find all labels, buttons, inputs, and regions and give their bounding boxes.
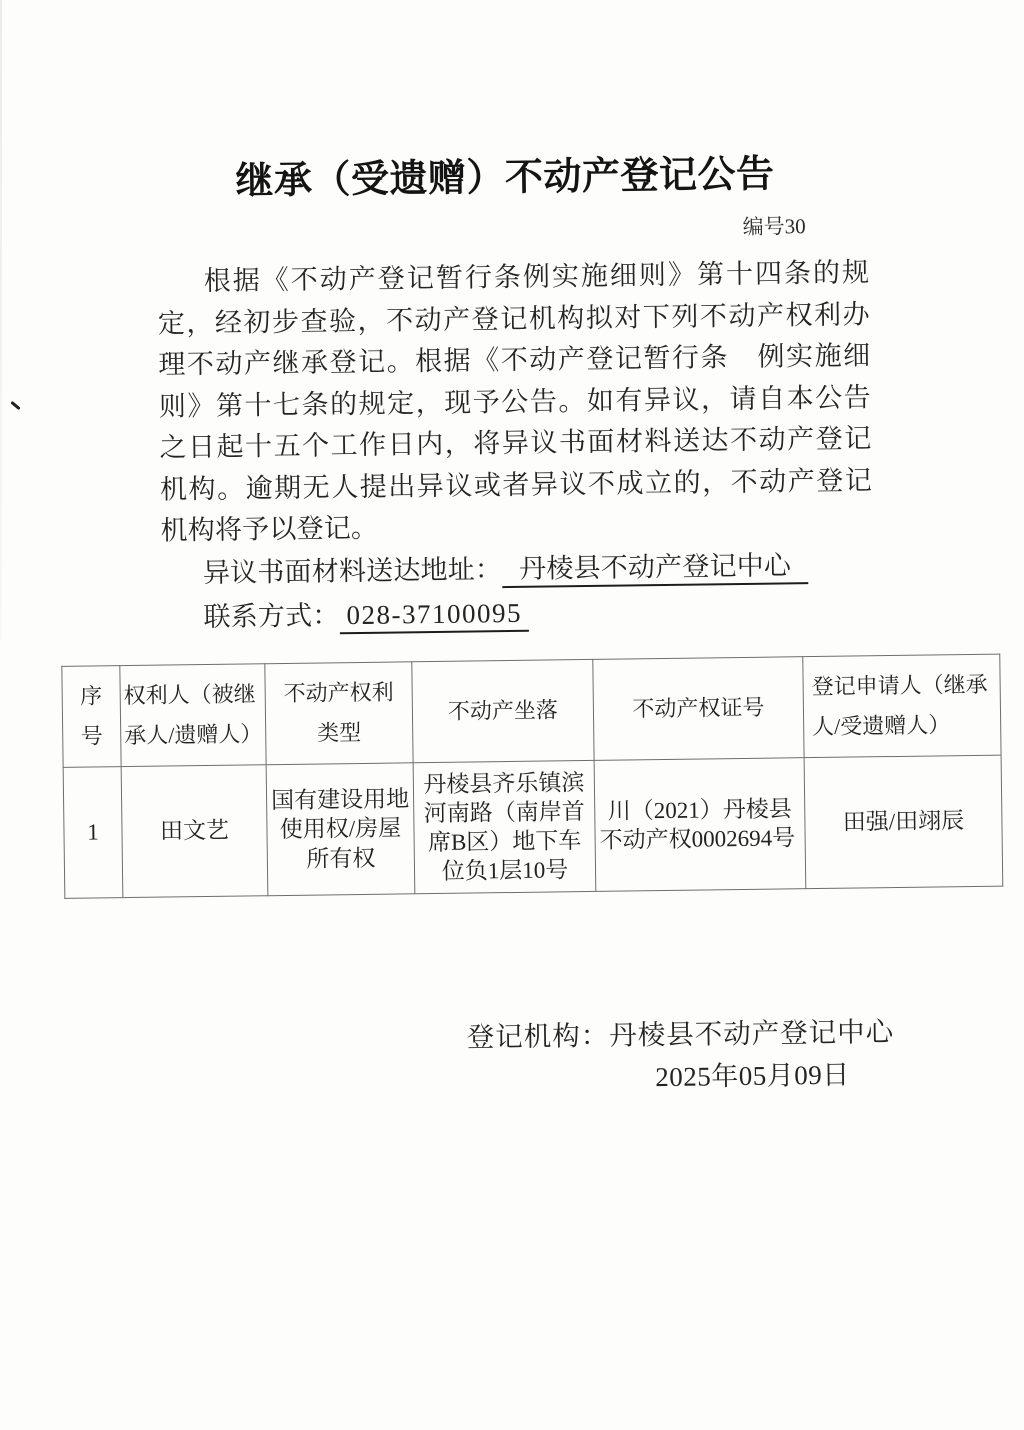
cell-location: 丹棱县齐乐镇滨河南路（南岸首席B区）地下车位负1层10号 xyxy=(413,760,596,893)
contact-line: 联系方式：028-37100095 xyxy=(161,588,873,639)
address-label: 异议书面材料送达地址： xyxy=(203,554,503,588)
page-title: 继承（受遗赠）不动产登记公告 xyxy=(0,139,1017,207)
footer-registration-org: 登记机构：丹棱县不动产登记中心 xyxy=(466,1009,894,1055)
header-cert-no: 不动产权证号 xyxy=(593,657,804,761)
address-line: 异议书面材料送达地址：丹棱县不动产登记中心 xyxy=(161,544,873,595)
contact-value: 028-37100095 xyxy=(339,598,529,634)
header-seq: 序号 xyxy=(62,666,121,768)
body-paragraph: 根据《不动产登记暂行条例实施细则》第十四条的规 定，经初步查验，不动产登记机构拟… xyxy=(157,252,874,639)
footer-date: 2025年05月09日 xyxy=(655,1053,850,1095)
header-applicant: 登记申请人（继承人/受遗赠人） xyxy=(803,654,1001,758)
cell-cert-no: 川（2021）丹棱县不动产权0002694号 xyxy=(594,758,806,892)
cell-right-type: 国有建设用地使用权/房屋所有权 xyxy=(266,763,415,896)
document-sheet: 继承（受遗赠）不动产登记公告 编号30 根据《不动产登记暂行条例实施细则》第十四… xyxy=(0,0,1024,1430)
table-header-row: 序号 权利人（被继承人/遗赠人） 不动产权利类型 不动产坐落 不动产权证号 登记… xyxy=(62,654,1001,767)
header-owner: 权利人（被继承人/遗赠人） xyxy=(120,664,266,767)
doc-number: 编号30 xyxy=(742,210,805,241)
document-page: 继承（受遗赠）不动产登记公告 编号30 根据《不动产登记暂行条例实施细则》第十四… xyxy=(0,0,1024,1430)
address-value: 丹棱县不动产登记中心 xyxy=(502,550,808,588)
registration-table: 序号 权利人（被继承人/遗赠人） 不动产权利类型 不动产坐落 不动产权证号 登记… xyxy=(61,654,1003,899)
cell-seq: 1 xyxy=(63,767,123,899)
table-row: 1 田文艺 国有建设用地使用权/房屋所有权 丹棱县齐乐镇滨河南路（南岸首席B区）… xyxy=(63,755,1003,898)
contact-label: 联系方式： xyxy=(203,600,339,632)
header-right-type: 不动产权利类型 xyxy=(265,662,413,765)
cell-owner: 田文艺 xyxy=(121,765,268,898)
header-location: 不动产坐落 xyxy=(412,659,594,762)
cell-applicant: 田强/田翊辰 xyxy=(804,755,1003,889)
